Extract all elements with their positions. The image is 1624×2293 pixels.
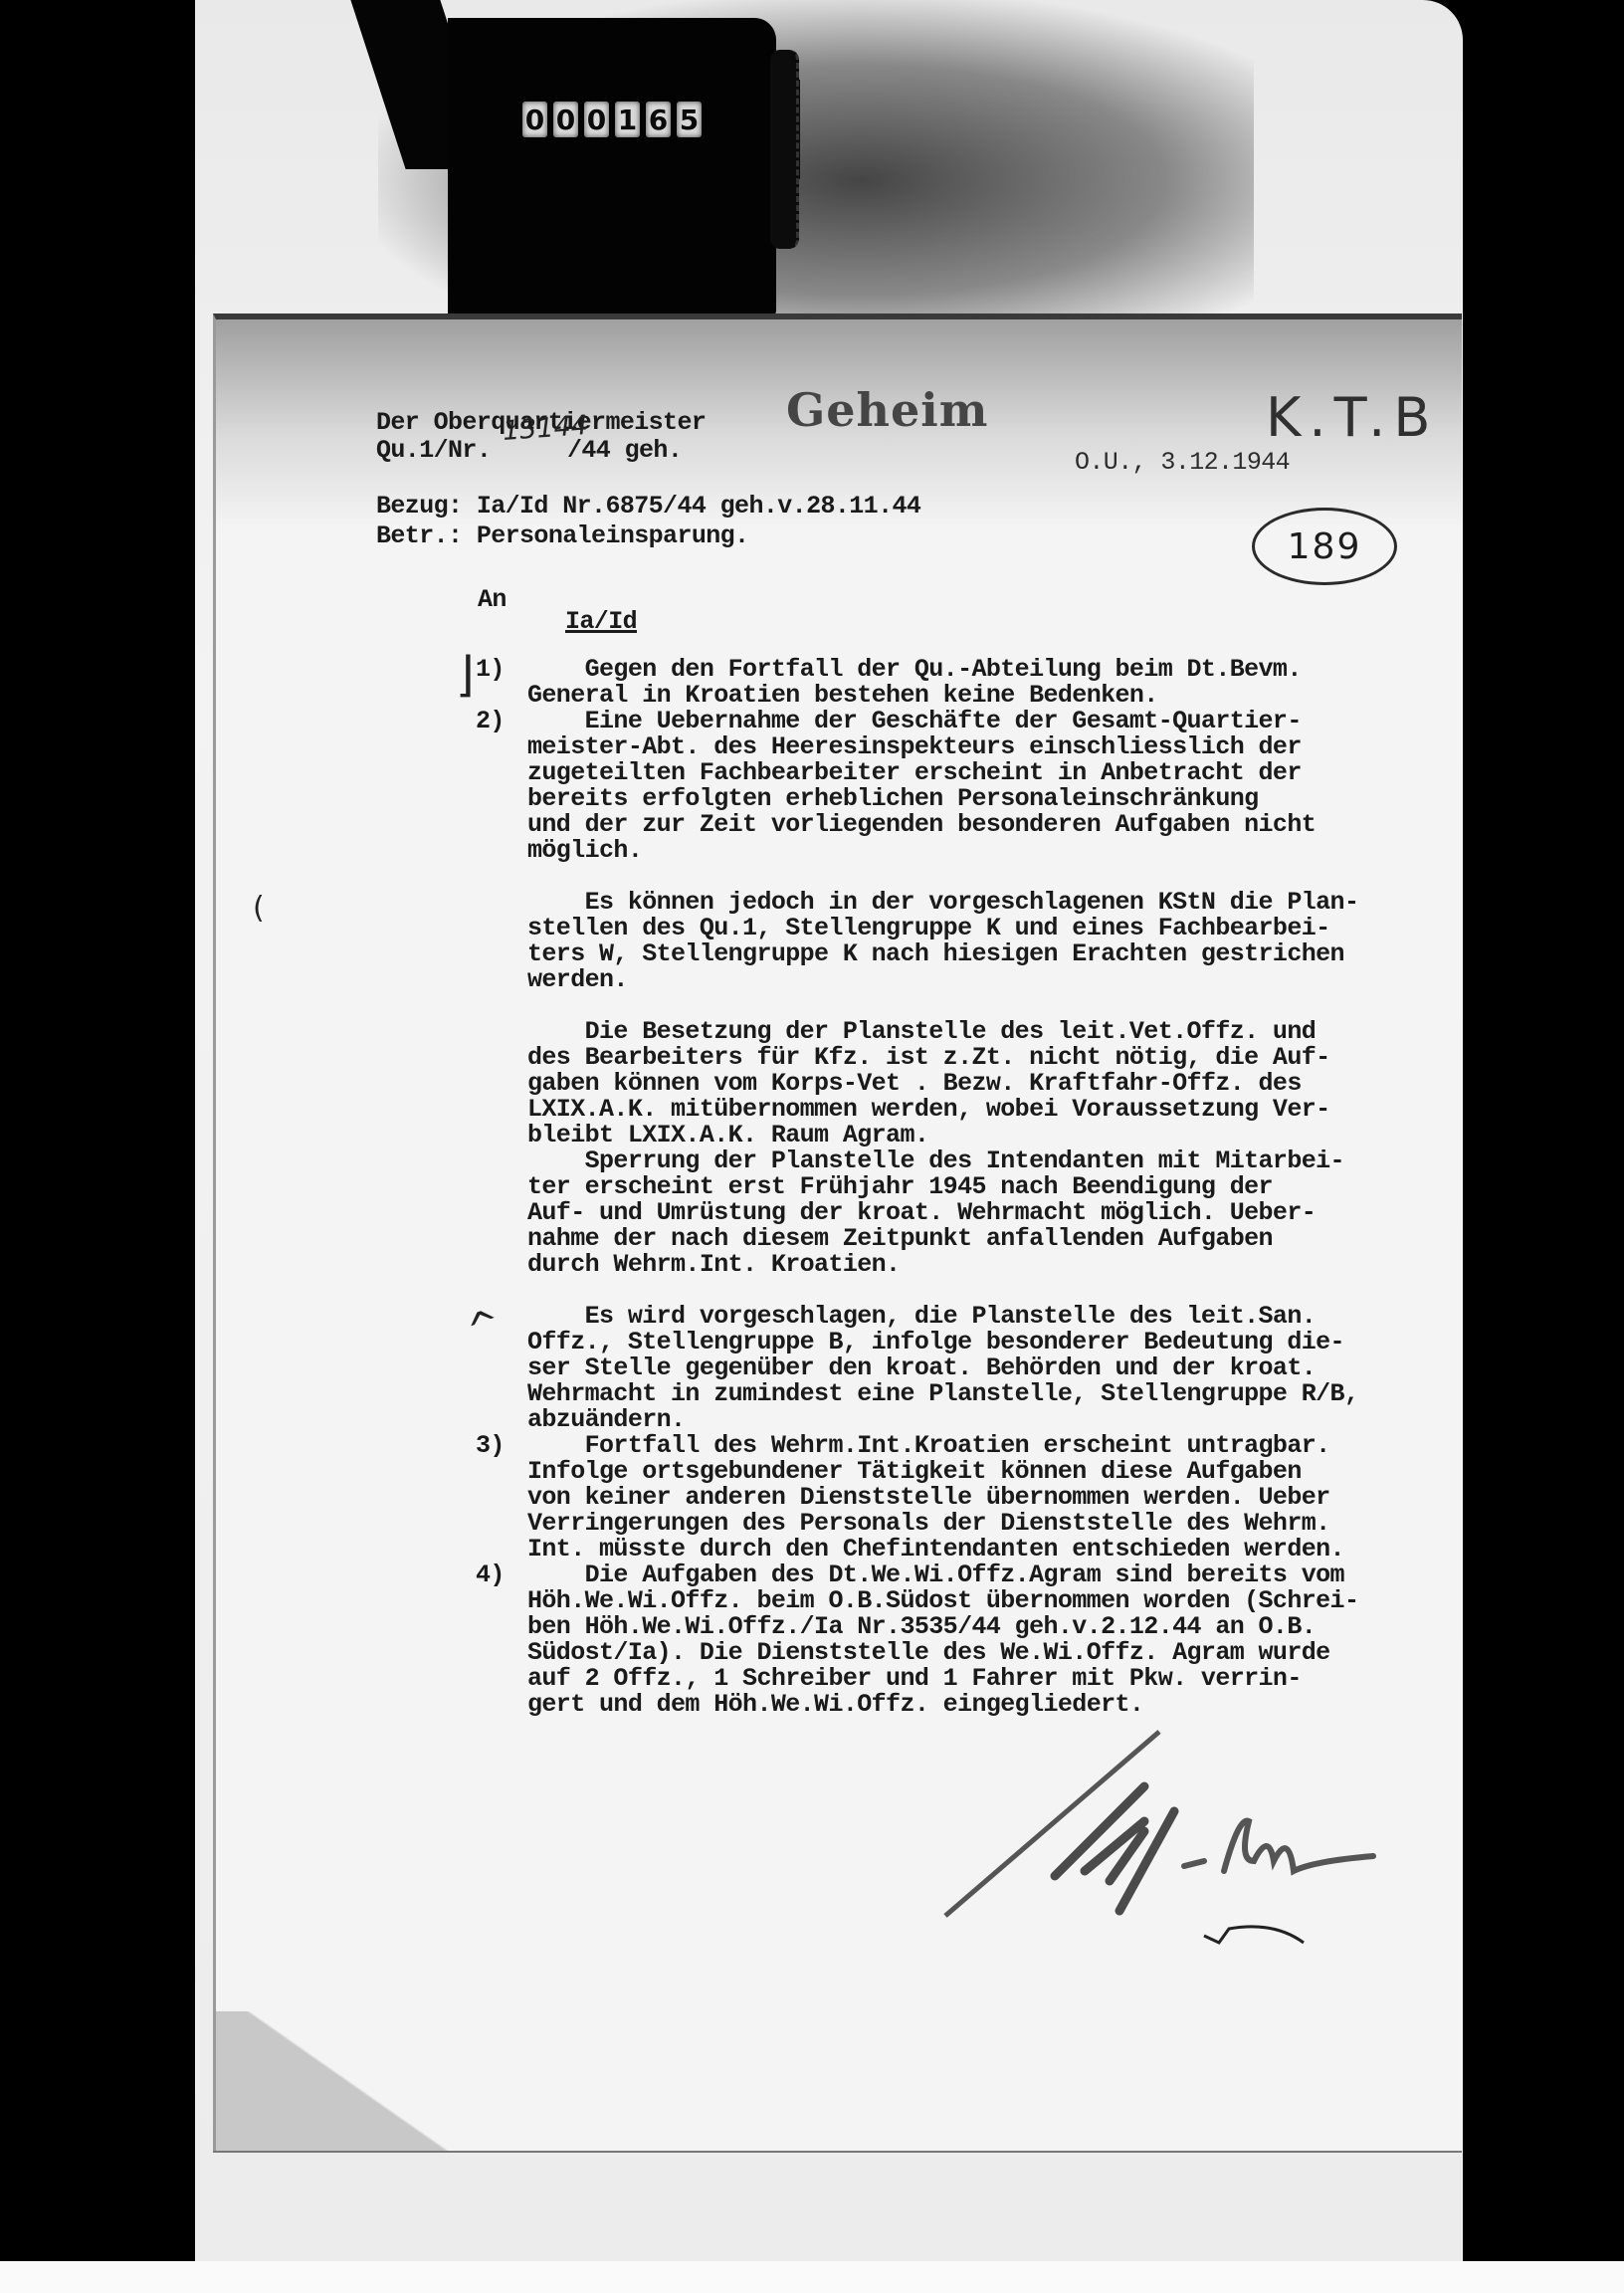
sender-line-2-suffix: /44 geh. [567,438,682,463]
counter-digit: 0 [522,102,547,137]
body-line: Int. müsste durch den Chefintendanten en… [527,1537,1344,1562]
margin-paren-mark: ( [253,891,265,926]
body-line: Infolge ortsgebundener Tätigkeit können … [527,1459,1302,1484]
counter-digit: 0 [553,102,578,137]
body-line: auf 2 Offz., 1 Schreiber und 1 Fahrer mi… [527,1666,1302,1691]
body-line: Die Aufgaben des Dt.We.Wi.Offz.Agram sin… [527,1563,1344,1587]
body-line: General in Kroatien bestehen keine Beden… [527,683,1158,708]
body-line: Eine Uebernahme der Geschäfte der Gesamt… [527,709,1302,733]
body-line: gaben können vom Korps-Vet . Bezw. Kraft… [527,1071,1302,1096]
body-line: meister-Abt. des Heeresinspekteurs einsc… [527,734,1302,759]
paragraph-number: 1) [476,657,505,682]
body-line: nahme der nach diesem Zeitpunkt anfallen… [527,1226,1273,1251]
counter-digit: 6 [646,102,671,137]
addressee: Ia/Id [565,609,637,634]
body-line: ben Höh.We.Wi.Offz./Ia Nr.3535/44 geh.v.… [527,1614,1316,1639]
body-line: ter erscheint erst Frühjahr 1945 nach Be… [527,1174,1273,1199]
reference-line: Bezug: Ia/Id Nr.6875/44 geh.v.28.11.44 [376,494,920,519]
sender-line-2-prefix: Qu.1/Nr. [376,438,491,463]
body-line: Verringerungen des Personals der Diensts… [527,1511,1330,1536]
counter-knob [770,50,799,249]
counter-digit: 0 [584,102,609,137]
classification-stamp: Geheim [786,383,988,437]
body-line: Gegen den Fortfall der Qu.-Abteilung bei… [527,657,1302,682]
handwritten-signature [896,1712,1393,1951]
body-line: ters W, Stellengruppe K nach hiesigen Er… [527,941,1344,966]
body-line: durch Wehrm.Int. Kroatien. [527,1252,900,1277]
body-line: Auf- und Umrüstung der kroat. Wehrmacht … [527,1200,1316,1225]
body-line: LXIX.A.K. mitübernommen werden, wobei Vo… [527,1097,1330,1122]
margin-bracket-mark: ⌋ [456,647,475,703]
counter-digit: 1 [615,102,640,137]
body-line: Offz., Stellengruppe B, infolge besonder… [527,1330,1344,1355]
body-line: und der zur Zeit vorliegenden besonderen… [527,812,1316,837]
folio-number-circled: 189 [1252,508,1397,585]
addressee-label: An [478,587,507,612]
body-line: Es können jedoch in der vorgeschlagenen … [527,890,1358,915]
folio-number: 189 [1288,526,1362,567]
body-line: bereits erfolgten erheblichen Personalei… [527,786,1259,811]
body-line: Sperrung der Planstelle des Intendanten … [527,1148,1344,1173]
body-line: Südost/Ia). Die Dienststelle des We.Wi.O… [527,1640,1330,1665]
body-line: stellen des Qu.1, Stellengruppe K und ei… [527,916,1330,940]
body-line: von keiner anderen Dienststelle übernomm… [527,1485,1330,1510]
body-line: abzuändern. [527,1407,685,1432]
body-line: Höh.We.Wi.Offz. beim O.B.Südost übernomm… [527,1588,1358,1613]
place-date: O.U., 3.12.1944 [1075,450,1290,475]
body-line: Wehrmacht in zumindest eine Planstelle, … [527,1381,1358,1406]
paragraph-number: 4) [476,1563,505,1587]
paragraph-number: 2) [476,709,505,733]
paragraph-number: 3) [476,1433,505,1458]
body-line: Die Besetzung der Planstelle des leit.Ve… [527,1019,1316,1044]
counter-digit: 5 [677,102,702,137]
body-line: Fortfall des Wehrm.Int.Kroatien erschein… [527,1433,1330,1458]
frame-counter-digits: 0 0 0 1 6 5 [522,102,702,137]
body-line: Es wird vorgeschlagen, die Planstelle de… [527,1304,1316,1329]
body-line: bleibt LXIX.A.K. Raum Agram. [527,1123,928,1147]
body-line: des Bearbeiters für Kfz. ist z.Zt. nicht… [527,1045,1330,1070]
body-line: ser Stelle gegenüber den kroat. Behörden… [527,1355,1316,1380]
frame-counter-device [448,18,776,316]
body-line: zugeteilten Fachbearbeiter erscheint in … [527,760,1302,785]
folded-corner [216,2011,475,2151]
film-edge [0,2261,1624,2293]
subject-line: Betr.: Personaleinsparung. [376,523,748,548]
body-line: werden. [527,967,628,992]
ktb-annotation: K.T.B [1266,386,1438,449]
body-line: möglich. [527,838,642,863]
